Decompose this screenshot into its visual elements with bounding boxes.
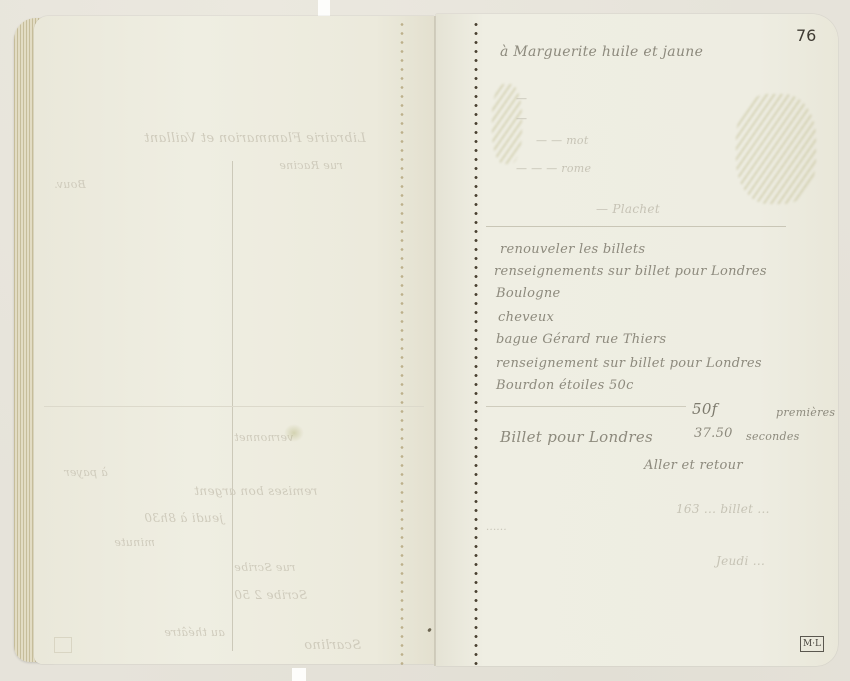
left-page: Librairie Flammarion et Vaillant rue Rac…	[34, 16, 434, 664]
divider-rule	[486, 406, 686, 407]
pencil-hatching	[736, 94, 816, 204]
show-through-line: au théâtre	[164, 626, 225, 639]
note-line: cheveux	[498, 310, 554, 325]
tab-marker	[292, 668, 306, 681]
note-line: Bourdon étoiles 50c	[496, 378, 634, 393]
header-note: à Marguerite huile et jaune	[500, 44, 703, 60]
erased-line: — — — rome	[516, 162, 591, 175]
show-through-line: Scribe 2 50	[234, 588, 307, 602]
right-page: à Marguerite huile et jaune — — — — mot …	[436, 14, 838, 666]
show-through-line: rue Racine	[279, 159, 343, 172]
first-class-label: premières	[776, 406, 835, 419]
erased-line: — — mot	[536, 134, 589, 147]
note-line: Boulogne	[496, 286, 561, 301]
perforation-left	[400, 20, 404, 667]
erased-line: —	[516, 112, 527, 125]
show-through-line: Librairie Flammarion et Vaillant	[144, 131, 366, 146]
faint-line: Jeudi ...	[716, 554, 765, 568]
show-through-line: jeudi à 8h30	[144, 511, 223, 525]
show-through-line: à payer	[64, 466, 108, 479]
second-class-price: 37.50	[694, 426, 733, 441]
erased-line: —	[516, 92, 527, 105]
perforation-right	[474, 20, 478, 667]
collection-stamp: M·L	[800, 636, 824, 652]
page-number: 76	[796, 26, 816, 45]
fare-label: Billet pour Londres	[500, 428, 653, 446]
show-through-line: minute	[114, 536, 155, 549]
erased-line: — Plachet	[596, 202, 660, 216]
show-through-line: Scarlino	[304, 638, 361, 653]
show-through-line: remises bon argent	[194, 484, 317, 498]
stamp-show-through	[54, 637, 72, 653]
show-through-line: rue Scribe	[234, 561, 295, 574]
first-class-price: 50f	[692, 400, 718, 418]
faint-line: ......	[486, 522, 507, 533]
second-class-label: secondes	[746, 430, 800, 443]
note-line: bague Gérard rue Thiers	[496, 332, 666, 347]
stain	[284, 424, 304, 442]
note-line: renouveler les billets	[500, 242, 645, 257]
row-rule	[44, 406, 424, 407]
note-line: renseignement sur billet pour Londres	[496, 356, 762, 371]
fare-note: Aller et retour	[644, 458, 743, 473]
divider-rule	[486, 226, 786, 227]
show-through-line: Bouv.	[54, 178, 86, 191]
note-line: renseignements sur billet pour Londres	[494, 264, 767, 279]
faint-line: 163 ... billet ...	[676, 502, 770, 516]
